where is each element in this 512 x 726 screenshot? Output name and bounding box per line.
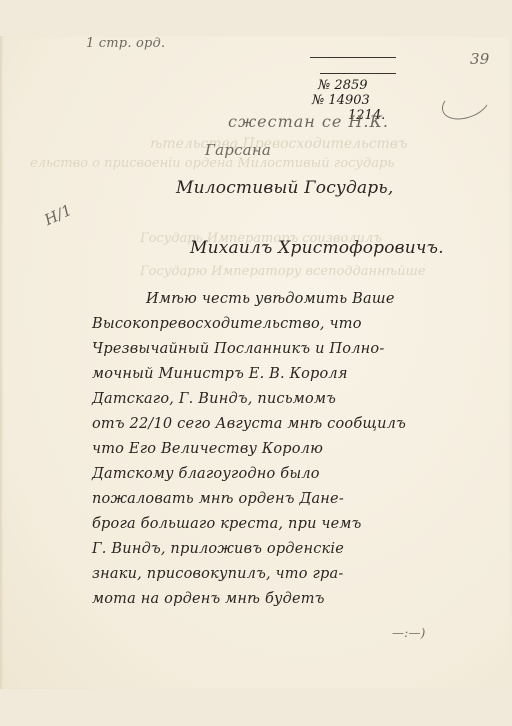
registry-number: № 14903 [312,93,398,108]
body-line: Чрезвычайный Посланникъ и Полно- [92,341,384,357]
letter-page: ѣтельства Превосходительствъ ельство о п… [0,36,509,689]
body-line: Имѣю честь увѣдомить Ваше [146,291,395,307]
divider [310,57,396,58]
registry-number: № 2859 [318,78,398,93]
addressee: Михаилъ Христофоровичъ. [190,238,444,258]
body-line: Датскому благоугодно было [92,466,320,482]
body-line: мочный Министръ Е. В. Короля [92,366,348,382]
body-line: Высокопревосходительство, что [92,316,362,332]
body-line: мота на орденъ мнѣ будетъ [92,591,325,607]
top-note: 1 стр. орд. [86,36,165,51]
page-number: 39 [470,50,490,68]
body-line: брога большаго креста, при чемъ [92,516,362,532]
body-line: Датскаго, Г. Виндъ, письмомъ [92,391,336,407]
catchword-mark: —:—) [392,626,426,640]
body-line: знаки, присовокупилъ, что гра- [92,566,343,582]
body-line: Г. Виндъ, приложивъ орденскіе [92,541,344,557]
bleed-through-text: ѣтельства Превосходительствъ [150,136,407,152]
body-line: отъ 22/10 сего Августа мнѣ сообщилъ [92,416,406,432]
body-line: пожаловать мнѣ орденъ Дане- [92,491,344,507]
divider [320,73,396,74]
salutation: Милостивый Государь, [176,178,393,198]
place-note: Гарсана [205,141,271,159]
margin-mark: Н/1 [42,201,75,229]
body-line: что Его Величеству Королю [92,441,323,457]
bleed-through-text: Государю Императору всеподданнѣйше [140,264,426,279]
pencil-note: сжестан се Н.К. [228,112,389,131]
page-number-loop [437,80,494,125]
